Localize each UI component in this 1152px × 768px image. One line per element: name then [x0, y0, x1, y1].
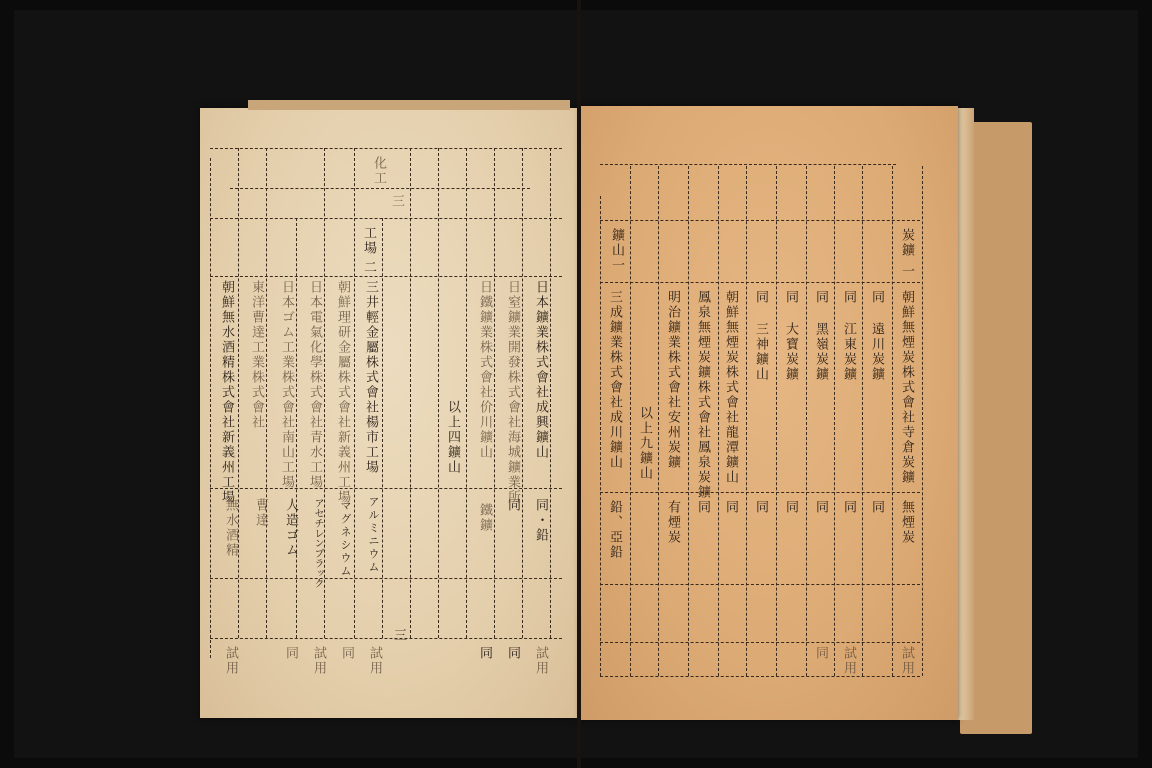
company-name: 同 江東炭鑛 — [842, 290, 855, 382]
table-rule — [862, 166, 863, 676]
company-name: 朝鮮無水酒精株式會社新義州工場 — [220, 280, 233, 505]
table-rule — [210, 578, 562, 579]
company-name: 朝鮮理研金屬株式會社新義州工場 — [336, 280, 349, 505]
usage-note: 試用 — [312, 646, 325, 676]
table-rule — [600, 492, 920, 493]
subsection-label: 工場 — [362, 226, 375, 256]
table-rule — [746, 166, 747, 676]
table-rule — [600, 584, 920, 585]
company-name: 明治鑛業株式會社安州炭鑛 — [666, 290, 679, 470]
product: 同 — [754, 500, 767, 515]
product: 鉛、亞鉛 — [608, 500, 621, 560]
product: 同 — [842, 500, 855, 515]
subtotal-label: 以上九鑛山 — [638, 406, 651, 481]
product: 同 — [506, 498, 519, 513]
table-rule — [550, 148, 551, 638]
usage-note: 試用 — [534, 646, 547, 676]
table-rule — [382, 218, 383, 638]
column-header-category: 化工 — [372, 156, 385, 186]
table-rule — [922, 166, 923, 676]
table-rule — [600, 164, 896, 165]
product: 有煙炭 — [666, 500, 679, 545]
table-rule — [600, 676, 920, 677]
table-rule — [658, 166, 659, 676]
company-name: 日鐵鑛業株式會社价川鑛山 — [478, 280, 491, 460]
usage-note: 同 — [814, 646, 827, 661]
table-rule — [230, 188, 530, 189]
product: 同 — [784, 500, 797, 515]
product: 同 — [724, 500, 737, 515]
section-number-mines: 一 — [610, 258, 623, 273]
company-name: 同 遠川炭鑛 — [870, 290, 883, 382]
company-name: 日本鑛業株式會社成興鑛山 — [534, 280, 547, 460]
company-name: 東洋曹達工業株式會社 — [250, 280, 263, 430]
table-rule — [210, 218, 562, 219]
subsection-number: 二 — [362, 260, 375, 275]
left-page: 化工 三 工場 二 日本鑛業株式會社成興鑛山 同・鉛 試用 日窒鑛業開發株式會社… — [200, 108, 578, 718]
table-rule — [600, 282, 920, 283]
table-rule — [210, 638, 562, 639]
table-rule — [600, 642, 920, 643]
section-label-mines: 鑛山 — [610, 228, 623, 258]
product: 人造ゴム — [284, 498, 297, 558]
section-number: 三 — [390, 194, 403, 209]
product: 無煙炭 — [900, 500, 913, 545]
table-rule — [718, 166, 719, 676]
product: 同 — [696, 500, 709, 515]
page-number: 三 — [392, 628, 405, 643]
table-rule — [210, 276, 562, 277]
table-rule — [210, 148, 562, 149]
product: 同・鉛 — [534, 498, 547, 543]
table-rule — [296, 218, 297, 638]
usage-note: 試用 — [842, 646, 855, 676]
company-name: 同 大寶炭鑛 — [784, 290, 797, 382]
usage-note: 同 — [506, 646, 519, 661]
subtotal-label: 以上四鑛山 — [446, 400, 459, 475]
company-name: 三井輕金屬株式會社楊市工場 — [364, 280, 377, 475]
product: 同 — [814, 500, 827, 515]
table-rule — [210, 158, 211, 658]
product: アルミニウム — [368, 496, 379, 574]
company-name: 朝鮮無煙炭株式會社龍潭鑛山 — [724, 290, 737, 485]
usage-note: 試用 — [224, 646, 237, 676]
company-name: 朝鮮無煙炭株式會社寺倉炭鑛 — [900, 290, 913, 485]
usage-note: 試用 — [900, 646, 913, 676]
section-number-coal-mines: 一 — [900, 264, 913, 279]
product: 曹達 — [254, 498, 267, 528]
company-name: 日本ゴム工業株式會社南山工場 — [280, 280, 293, 490]
usage-note: 同 — [478, 646, 491, 661]
table-rule — [522, 148, 523, 638]
company-name: 鳳泉無煙炭鑛株式會社鳳泉炭鑛 — [696, 290, 709, 500]
product: 無水酒精 — [224, 498, 237, 558]
table-rule — [600, 196, 601, 676]
table-rule — [266, 148, 267, 638]
product: アセチレンブラック — [312, 498, 322, 588]
company-name: 日本電氣化學株式會社青水工場 — [308, 280, 321, 490]
product: マグネシウム — [340, 500, 351, 578]
table-rule — [494, 148, 495, 638]
product: 鐵鑛 — [478, 503, 491, 533]
table-rule — [324, 148, 325, 638]
company-name: 同 三神鑛山 — [754, 290, 767, 382]
table-rule — [776, 166, 777, 676]
usage-note: 同 — [284, 646, 297, 661]
product: 同 — [870, 500, 883, 515]
section-label-coal-mines: 炭鑛 — [900, 228, 913, 258]
table-rule — [438, 148, 439, 638]
table-rule — [600, 220, 920, 221]
table-rule — [892, 166, 893, 676]
table-rule — [834, 166, 835, 676]
right-page: 炭鑛 一 鑛山 一 朝鮮無煙炭株式會社寺倉炭鑛 無煙炭 試用 同 遠川炭鑛 同 … — [580, 106, 958, 720]
book-spine — [577, 0, 581, 768]
usage-note: 同 — [340, 646, 353, 661]
company-name: 同 黑嶺炭鑛 — [814, 290, 827, 382]
company-name: 三成鑛業株式會社成川鑛山 — [608, 290, 621, 470]
usage-note: 試用 — [368, 646, 381, 676]
table-rule — [806, 166, 807, 676]
folded-edge — [248, 100, 570, 110]
table-rule — [354, 148, 355, 638]
table-rule — [238, 148, 239, 638]
table-rule — [630, 166, 631, 676]
table-rule — [688, 166, 689, 676]
company-name: 日窒鑛業開發株式會社海城鑛業所 — [506, 280, 519, 505]
table-rule — [466, 148, 467, 638]
table-rule — [410, 148, 411, 638]
